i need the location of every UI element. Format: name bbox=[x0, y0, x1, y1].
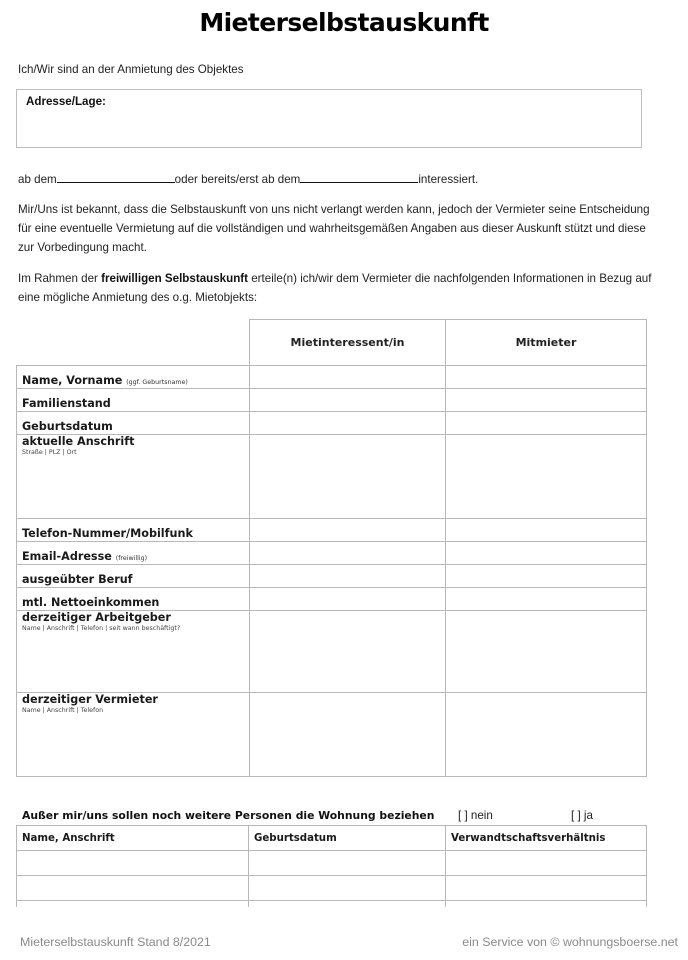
date-prefix: ab dem bbox=[18, 173, 57, 186]
row-label-hint: Name | Anschrift | Telefon bbox=[22, 707, 249, 714]
checkbox-no[interactable]: [ ] nein bbox=[458, 809, 493, 822]
person-name-field[interactable] bbox=[17, 901, 249, 908]
co-tenant-field[interactable] bbox=[446, 412, 647, 435]
co-tenant-field[interactable] bbox=[446, 693, 647, 777]
checkbox-yes[interactable]: [ ] ja bbox=[571, 809, 593, 822]
applicant-field[interactable] bbox=[250, 435, 446, 519]
co-tenant-field[interactable] bbox=[446, 542, 647, 565]
row-label: Telefon-Nummer/Mobilfunk bbox=[17, 519, 250, 542]
table-row: Name, Vorname (ggf. Geburtsname) bbox=[17, 366, 647, 389]
row-label-text: Telefon-Nummer/Mobilfunk bbox=[22, 527, 193, 540]
date-from-field[interactable] bbox=[57, 170, 175, 183]
row-label-text: ausgeübter Beruf bbox=[22, 573, 133, 586]
person-relationship-field[interactable] bbox=[446, 851, 647, 876]
column-header-name: Name, Anschrift bbox=[17, 826, 249, 851]
footer-version: Mieterselbstauskunft Stand 8/2021 bbox=[20, 935, 211, 949]
additional-persons-question: Außer mir/uns sollen noch weitere Person… bbox=[22, 809, 434, 822]
column-header-co-tenant: Mitmieter bbox=[446, 320, 647, 366]
persons-header-row: Name, Anschrift Geburtsdatum Verwandtsch… bbox=[17, 826, 647, 851]
co-tenant-field[interactable] bbox=[446, 366, 647, 389]
row-label: Email-Adresse (freiwillig) bbox=[17, 542, 250, 565]
consent-text-bold: freiwilligen Selbstauskunft bbox=[101, 272, 248, 285]
document-title: Mieterselbstauskunft bbox=[0, 8, 688, 37]
date-line: ab demoder bereits/erst ab deminteressie… bbox=[18, 170, 478, 189]
applicant-field[interactable] bbox=[250, 412, 446, 435]
row-label: derzeitiger ArbeitgeberName | Anschrift … bbox=[17, 611, 250, 693]
row-label: ausgeübter Beruf bbox=[17, 565, 250, 588]
date-suffix: interessiert. bbox=[418, 173, 478, 186]
row-label-text: derzeitiger Arbeitgeber bbox=[22, 611, 171, 624]
column-header-relationship: Verwandtschaftsverhältnis bbox=[446, 826, 647, 851]
table-row: Geburtsdatum bbox=[17, 412, 647, 435]
table-row: aktuelle AnschriftStraße | PLZ | Ort bbox=[17, 435, 647, 519]
header-corner bbox=[17, 320, 250, 366]
row-label-text: Familienstand bbox=[22, 397, 111, 410]
row-label: aktuelle AnschriftStraße | PLZ | Ort bbox=[17, 435, 250, 519]
applicant-field[interactable] bbox=[250, 693, 446, 777]
applicant-field[interactable] bbox=[250, 366, 446, 389]
co-tenant-field[interactable] bbox=[446, 435, 647, 519]
person-birthdate-field[interactable] bbox=[249, 851, 446, 876]
row-label-text: mtl. Nettoeinkommen bbox=[22, 596, 159, 609]
address-label: Adresse/Lage: bbox=[26, 95, 106, 108]
disclaimer-paragraph: Mir/Uns ist bekannt, dass die Selbstausk… bbox=[18, 200, 658, 257]
applicant-field[interactable] bbox=[250, 611, 446, 693]
date-alt-field[interactable] bbox=[300, 170, 418, 183]
column-header-birthdate: Geburtsdatum bbox=[249, 826, 446, 851]
row-label: derzeitiger VermieterName | Anschrift | … bbox=[17, 693, 250, 777]
table-row: ausgeübter Beruf bbox=[17, 565, 647, 588]
applicant-field[interactable] bbox=[250, 565, 446, 588]
row-label: mtl. Nettoeinkommen bbox=[17, 588, 250, 611]
applicant-table: Mietinteressent/in Mitmieter Name, Vorna… bbox=[16, 319, 647, 777]
co-tenant-field[interactable] bbox=[446, 389, 647, 412]
table-row: Familienstand bbox=[17, 389, 647, 412]
date-middle: oder bereits/erst ab dem bbox=[175, 173, 301, 186]
additional-persons-table: Name, Anschrift Geburtsdatum Verwandtsch… bbox=[16, 825, 647, 907]
row-label: Geburtsdatum bbox=[17, 412, 250, 435]
applicant-field[interactable] bbox=[250, 542, 446, 565]
row-label-text: derzeitiger Vermieter bbox=[22, 693, 158, 706]
table-row: Email-Adresse (freiwillig) bbox=[17, 542, 647, 565]
person-relationship-field[interactable] bbox=[446, 876, 647, 901]
table-row bbox=[17, 876, 647, 901]
applicant-field[interactable] bbox=[250, 588, 446, 611]
row-label-text: Name, Vorname bbox=[22, 374, 122, 387]
row-label-note: (freiwillig) bbox=[116, 555, 147, 562]
row-label-text: Geburtsdatum bbox=[22, 420, 113, 433]
row-label-note: (ggf. Geburtsname) bbox=[126, 379, 188, 386]
column-header-applicant: Mietinteressent/in bbox=[250, 320, 446, 366]
row-label-text: aktuelle Anschrift bbox=[22, 435, 135, 448]
table-row: mtl. Nettoeinkommen bbox=[17, 588, 647, 611]
co-tenant-field[interactable] bbox=[446, 565, 647, 588]
row-label-text: Email-Adresse bbox=[22, 550, 112, 563]
table-row: derzeitiger VermieterName | Anschrift | … bbox=[17, 693, 647, 777]
table-row: derzeitiger ArbeitgeberName | Anschrift … bbox=[17, 611, 647, 693]
applicant-field[interactable] bbox=[250, 519, 446, 542]
person-birthdate-field[interactable] bbox=[249, 901, 446, 908]
row-label-hint: Name | Anschrift | Telefon | seit wann b… bbox=[22, 625, 249, 632]
row-label: Familienstand bbox=[17, 389, 250, 412]
person-birthdate-field[interactable] bbox=[249, 876, 446, 901]
person-name-field[interactable] bbox=[17, 876, 249, 901]
consent-text-start: Im Rahmen der bbox=[18, 272, 101, 285]
person-relationship-field[interactable] bbox=[446, 901, 647, 908]
table-row: Telefon-Nummer/Mobilfunk bbox=[17, 519, 647, 542]
applicant-field[interactable] bbox=[250, 389, 446, 412]
address-field[interactable]: Adresse/Lage: bbox=[16, 89, 642, 148]
row-label: Name, Vorname (ggf. Geburtsname) bbox=[17, 366, 250, 389]
person-name-field[interactable] bbox=[17, 851, 249, 876]
co-tenant-field[interactable] bbox=[446, 588, 647, 611]
consent-paragraph: Im Rahmen der freiwilligen Selbstauskunf… bbox=[18, 269, 658, 307]
table-row bbox=[17, 851, 647, 876]
co-tenant-field[interactable] bbox=[446, 519, 647, 542]
table-row bbox=[17, 901, 647, 908]
row-label-hint: Straße | PLZ | Ort bbox=[22, 449, 249, 456]
table-header-row: Mietinteressent/in Mitmieter bbox=[17, 320, 647, 366]
intro-text: Ich/Wir sind an der Anmietung des Objekt… bbox=[18, 60, 244, 79]
footer-service: ein Service von © wohnungsboerse.net bbox=[462, 935, 678, 949]
co-tenant-field[interactable] bbox=[446, 611, 647, 693]
